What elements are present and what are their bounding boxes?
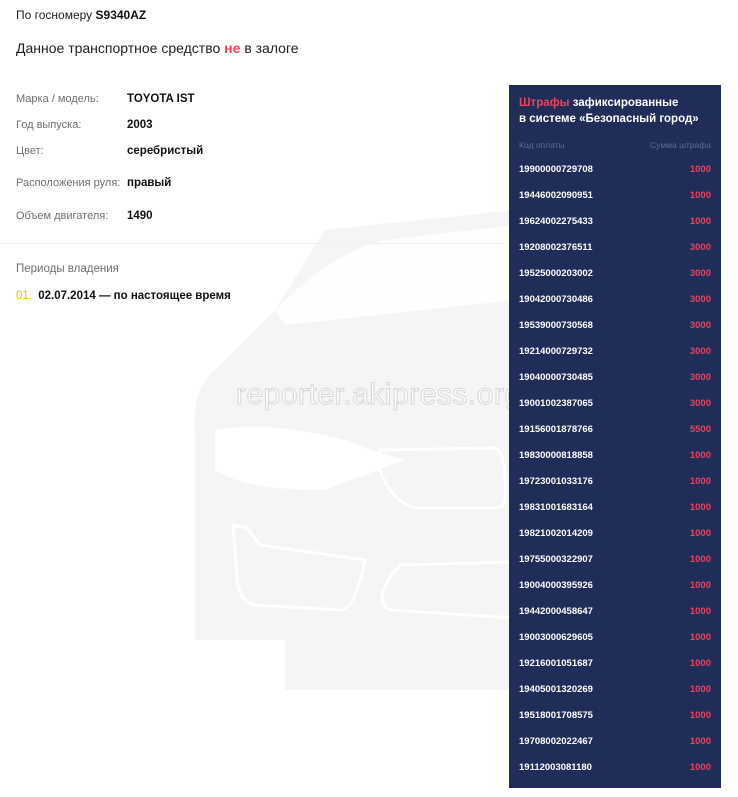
- fine-row: 190010023870653000: [519, 390, 711, 416]
- fine-code: 19003000629605: [519, 632, 593, 643]
- pledge-negation: не: [224, 40, 240, 56]
- fine-code: 19004000395926: [519, 580, 593, 591]
- fine-row: 196240022754331000: [519, 208, 711, 234]
- fine-amount: 1000: [690, 164, 711, 175]
- fine-amount: 1000: [690, 216, 711, 227]
- fine-row: 190030006296051000: [519, 624, 711, 650]
- fines-title: Штрафы зафиксированные в системе «Безопа…: [519, 95, 711, 127]
- fine-amount: 3000: [690, 398, 711, 409]
- fine-code: 19112003081180: [519, 762, 592, 773]
- fine-code: 19001002387065: [519, 398, 593, 409]
- fine-code: 19831001683164: [519, 502, 593, 513]
- fine-row: 197080020224671000: [519, 728, 711, 754]
- spec-label: Год выпуска:: [16, 117, 127, 133]
- fines-list: 1990000072970810001944600209095110001962…: [519, 156, 711, 780]
- fine-code: 19442000458647: [519, 606, 593, 617]
- spec-label: Цвет:: [16, 143, 127, 159]
- fine-amount: 3000: [690, 242, 711, 253]
- fine-code: 19708002022467: [519, 736, 593, 747]
- fines-table-header: Код оплаты Сумма штрафа: [519, 140, 711, 150]
- period-number: 01.: [16, 290, 32, 302]
- fine-amount: 1000: [690, 528, 711, 539]
- fine-code: 19525000203002: [519, 268, 593, 279]
- fine-amount: 3000: [690, 268, 711, 279]
- fine-amount: 1000: [690, 762, 711, 773]
- fines-title-highlight: Штрафы: [519, 97, 570, 109]
- spec-value: 1490: [127, 210, 153, 222]
- ownership-title: Периоды владения: [16, 263, 119, 275]
- fine-amount: 3000: [690, 320, 711, 331]
- fine-amount: 3000: [690, 346, 711, 357]
- fine-code: 19216001051687: [519, 658, 593, 669]
- car-silhouette-background: [185, 190, 515, 690]
- fine-code: 19830000818858: [519, 450, 593, 461]
- fine-row: 194460020909511000: [519, 182, 711, 208]
- spec-row-steering: Расположения руля: правый: [16, 166, 316, 200]
- fine-amount: 1000: [690, 580, 711, 591]
- spec-label: Марка / модель:: [16, 91, 127, 107]
- fine-code: 19446002090951: [519, 190, 593, 201]
- plate-number: S9340AZ: [96, 8, 147, 22]
- period-text: 02.07.2014 — по настоящее время: [38, 290, 231, 302]
- spec-label: Расположения руля:: [16, 175, 121, 191]
- fine-code: 19040000730485: [519, 372, 593, 383]
- spec-value: TOYOTA IST: [127, 93, 195, 105]
- fine-code: 19723001033176: [519, 476, 593, 487]
- spec-row-model: Марка / модель: TOYOTA IST: [16, 90, 316, 107]
- fine-amount: 1000: [690, 476, 711, 487]
- spec-row-color: Цвет: серебристый: [16, 142, 316, 159]
- fine-code: 19539000730568: [519, 320, 593, 331]
- fine-amount: 3000: [690, 372, 711, 383]
- fine-code: 19208002376511: [519, 242, 592, 253]
- fine-amount: 1000: [690, 554, 711, 565]
- fine-amount: 1000: [690, 684, 711, 695]
- spec-row-year: Год выпуска: 2003: [16, 116, 316, 133]
- fine-amount: 1000: [690, 502, 711, 513]
- fine-code: 19518001708575: [519, 710, 593, 721]
- fine-row: 191120030811801000: [519, 754, 711, 780]
- fine-amount: 1000: [690, 450, 711, 461]
- pledge-text-before: Данное транспортное средство: [16, 40, 220, 56]
- fine-row: 195390007305683000: [519, 312, 711, 338]
- fine-code: 19042000730486: [519, 294, 593, 305]
- fine-row: 198310016831641000: [519, 494, 711, 520]
- fine-code: 19405001320269: [519, 684, 593, 695]
- fine-amount: 1000: [690, 190, 711, 201]
- fine-row: 190420007304863000: [519, 286, 711, 312]
- spec-value: серебристый: [127, 145, 203, 157]
- vehicle-specs: Марка / модель: TOYOTA IST Год выпуска: …: [16, 90, 316, 224]
- col-header-amount: Сумма штрафа: [650, 140, 711, 150]
- fine-amount: 1000: [690, 736, 711, 747]
- fine-code: 19900000729708: [519, 164, 593, 175]
- fine-row: 194420004586471000: [519, 598, 711, 624]
- spec-row-engine: Объем двигателя: 1490: [16, 207, 316, 224]
- fine-row: 192080023765113000: [519, 234, 711, 260]
- fine-code: 19624002275433: [519, 216, 593, 227]
- plate-line: По госномеру S9340AZ: [16, 8, 146, 22]
- fine-row: 195180017085751000: [519, 702, 711, 728]
- ownership-period: 01. 02.07.2014 — по настоящее время: [16, 290, 231, 302]
- fine-code: 19821002014209: [519, 528, 593, 539]
- spec-value: 2003: [127, 119, 153, 131]
- fine-row: 192160010516871000: [519, 650, 711, 676]
- fines-title-rest: зафиксированные: [573, 97, 679, 109]
- pledge-status: Данное транспортное средство не в залоге: [16, 40, 299, 56]
- fine-amount: 1000: [690, 606, 711, 617]
- fine-code: 19156001878766: [519, 424, 593, 435]
- fine-row: 197230010331761000: [519, 468, 711, 494]
- fine-row: 192140007297323000: [519, 338, 711, 364]
- section-divider: [0, 243, 505, 244]
- plate-prefix: По госномеру: [16, 8, 92, 22]
- fine-amount: 1000: [690, 632, 711, 643]
- fine-row: 197550003229071000: [519, 546, 711, 572]
- fine-row: 198300008188581000: [519, 442, 711, 468]
- fine-code: 19214000729732: [519, 346, 593, 357]
- col-header-code: Код оплаты: [519, 140, 565, 150]
- pledge-text-after: в залоге: [244, 40, 298, 56]
- fine-row: 191560018787665500: [519, 416, 711, 442]
- fine-amount: 1000: [690, 710, 711, 721]
- fines-title-line2: в системе «Безопасный город»: [519, 113, 699, 125]
- fines-panel: Штрафы зафиксированные в системе «Безопа…: [509, 85, 721, 788]
- fine-row: 190040003959261000: [519, 572, 711, 598]
- spec-label: Объем двигателя:: [16, 208, 127, 224]
- fine-amount: 5500: [690, 424, 711, 435]
- fine-amount: 1000: [690, 658, 711, 669]
- fine-row: 194050013202691000: [519, 676, 711, 702]
- fine-row: 199000007297081000: [519, 156, 711, 182]
- fine-amount: 3000: [690, 294, 711, 305]
- fine-row: 190400007304853000: [519, 364, 711, 390]
- watermark: reporter.akipress.org: [236, 378, 522, 412]
- fine-row: 195250002030023000: [519, 260, 711, 286]
- fine-code: 19755000322907: [519, 554, 593, 565]
- spec-value: правый: [127, 177, 171, 189]
- fine-row: 198210020142091000: [519, 520, 711, 546]
